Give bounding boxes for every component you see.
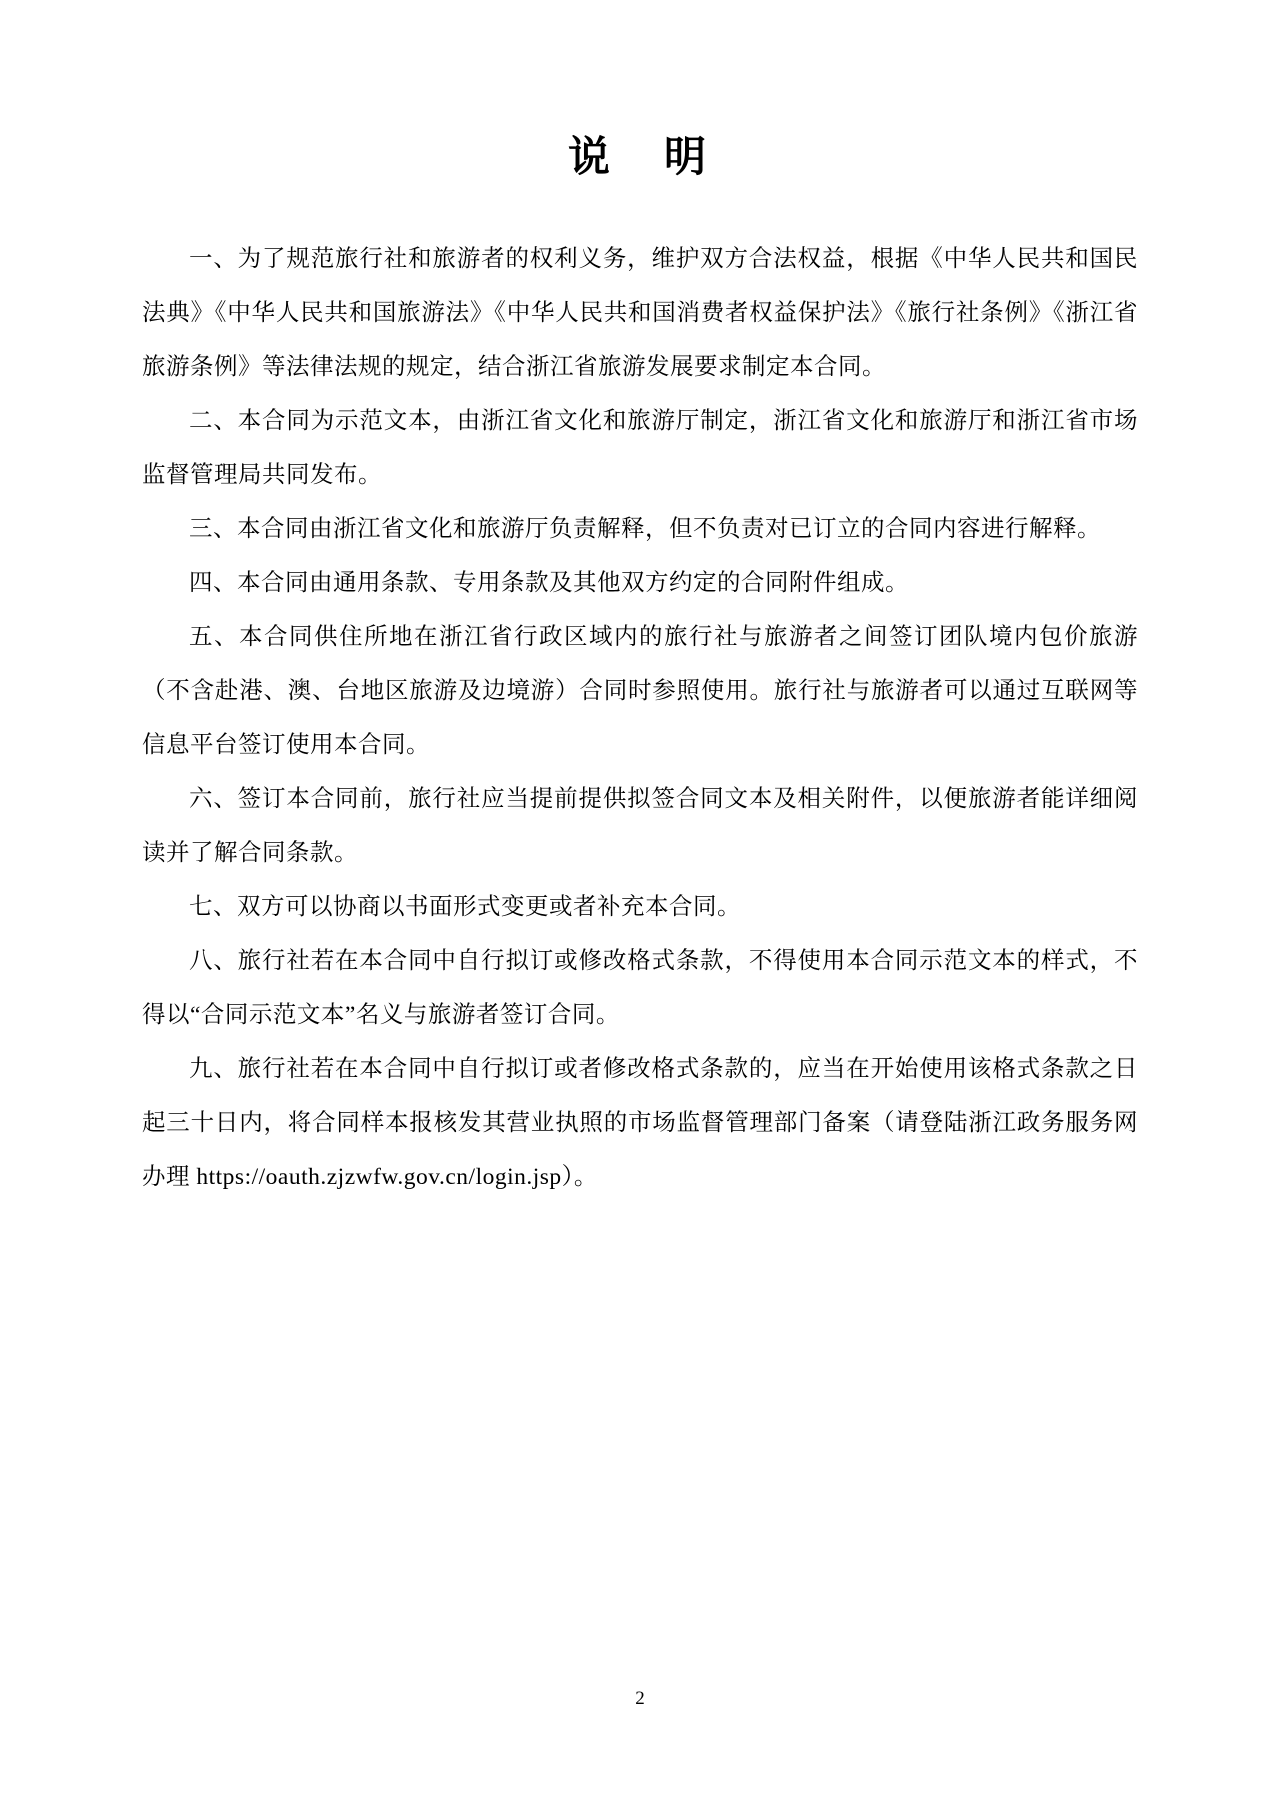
- document-page: 说 明 一、为了规范旅行社和旅游者的权利义务，维护双方合法权益，根据《中华人民共…: [0, 0, 1280, 1810]
- paragraph-2: 二、本合同为示范文本，由浙江省文化和旅游厅制定，浙江省文化和旅游厅和浙江省市场监…: [142, 394, 1138, 502]
- paragraph-7: 七、双方可以协商以书面形式变更或者补充本合同。: [142, 880, 1138, 934]
- page-title: 说 明: [0, 0, 1280, 188]
- paragraph-8: 八、旅行社若在本合同中自行拟订或修改格式条款，不得使用本合同示范文本的样式，不得…: [142, 934, 1138, 1042]
- paragraph-1: 一、为了规范旅行社和旅游者的权利义务，维护双方合法权益，根据《中华人民共和国民法…: [142, 232, 1138, 394]
- paragraph-4: 四、本合同由通用条款、专用条款及其他双方约定的合同附件组成。: [142, 556, 1138, 610]
- paragraph-3: 三、本合同由浙江省文化和旅游厅负责解释，但不负责对已订立的合同内容进行解释。: [142, 502, 1138, 556]
- document-body: 一、为了规范旅行社和旅游者的权利义务，维护双方合法权益，根据《中华人民共和国民法…: [142, 232, 1138, 1204]
- paragraph-6: 六、签订本合同前，旅行社应当提前提供拟签合同文本及相关附件，以便旅游者能详细阅读…: [142, 772, 1138, 880]
- page-number: 2: [0, 1688, 1280, 1710]
- paragraph-5: 五、本合同供住所地在浙江省行政区域内的旅行社与旅游者之间签订团队境内包价旅游（不…: [142, 610, 1138, 772]
- paragraph-9: 九、旅行社若在本合同中自行拟订或者修改格式条款的，应当在开始使用该格式条款之日起…: [142, 1042, 1138, 1204]
